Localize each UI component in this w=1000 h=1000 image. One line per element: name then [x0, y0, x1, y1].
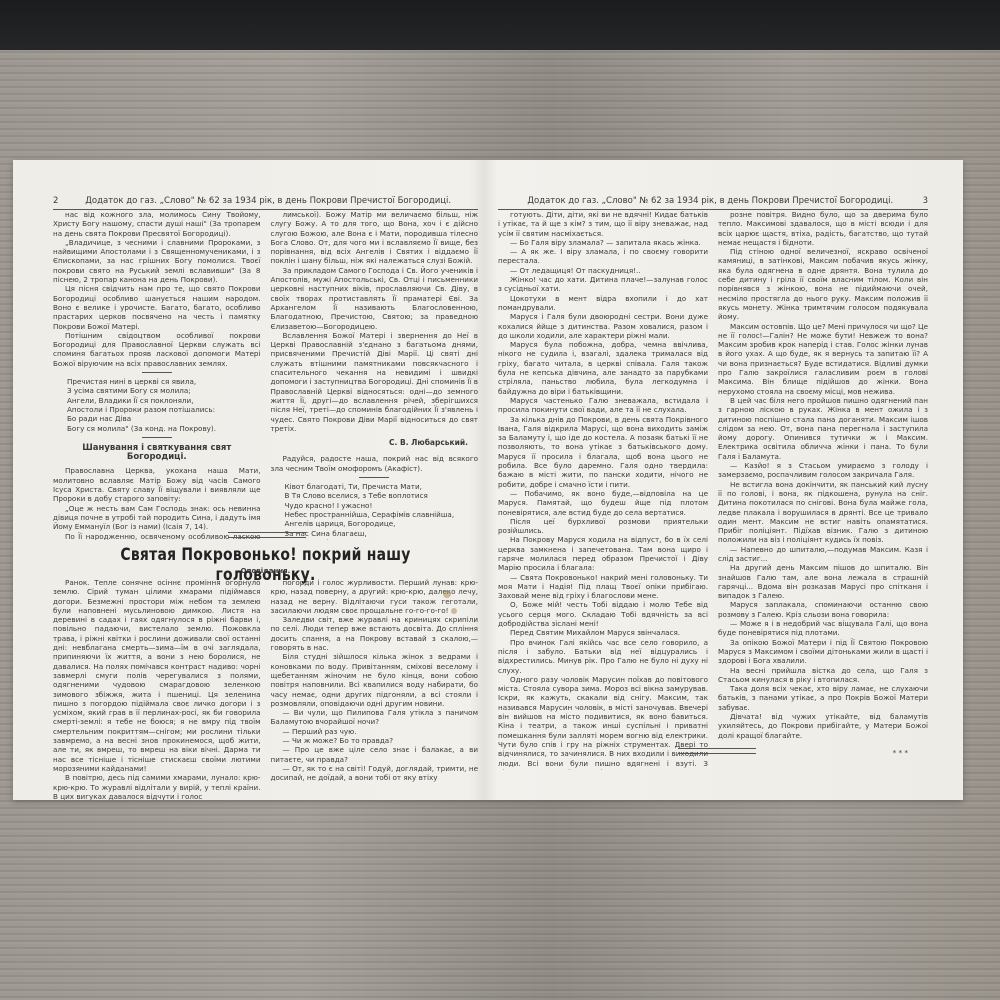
verse-line: Пречистая нині в церкві ся явила,: [67, 377, 261, 386]
story-column-1: Ранок. Тепле сонячне осіннє проміння ого…: [53, 578, 261, 800]
paragraph: — Побачимо, як воно буде,—відповіла на ц…: [498, 489, 708, 517]
verse-block: Пречистая нині в церкві ся явила,З усіма…: [67, 377, 261, 433]
verse-line: Ангелів цариця, Богородице,: [285, 519, 479, 528]
verse-line: Як Мати гнів утоляєш: [285, 538, 479, 540]
paragraph: Вславлення Божої Матері і звернення до Н…: [271, 331, 479, 433]
paragraph: „Оце ж несть вам Сам Господь знак: ось н…: [53, 504, 261, 532]
paragraph: Радуйся, радосте наша, покрий нас від вс…: [271, 454, 479, 473]
paragraph: „Владичице, з чесними і славними Пророка…: [53, 238, 261, 284]
paragraph: — Бо Галя віру зламала? — запитала якась…: [498, 238, 708, 247]
paragraph: Маруся і Галя були двоюродні сестри. Вон…: [498, 312, 708, 340]
page-header: 2 Додаток до газ. „Слово" № 62 за 1934 р…: [53, 192, 478, 210]
right-columns: готують. Діти, діти, які ви не вдячні! К…: [498, 210, 928, 770]
paragraph: лимської). Божу Матір ми величаємо більш…: [271, 210, 479, 266]
paragraph: Ранок. Тепле сонячне осіннє проміння ого…: [53, 578, 261, 773]
paragraph: Дівчата! від чужих утікайте, від баламут…: [718, 712, 928, 740]
paragraph: Маруся була побожна, добра, чемна ввічли…: [498, 340, 708, 396]
paragraph: Максим остовпів. Що це? Мені причулося ч…: [718, 322, 928, 396]
header-title: Додаток до газ. „Слово" № 62 за 1934 рік…: [498, 196, 923, 206]
page-header: Додаток до газ. „Слово" № 62 за 1934 рік…: [498, 192, 928, 210]
story-columns: Ранок. Тепле сонячне осіннє проміння ого…: [53, 578, 478, 800]
paragraph: нас від кожного зла, молимось Сину Твойо…: [53, 210, 261, 238]
paragraph: — Свята Покровонько! накрий мені головон…: [498, 573, 708, 601]
stain: [451, 608, 457, 614]
verse-line: Чудо красно! І ужасно!: [285, 501, 479, 510]
paragraph: готують. Діти, діти, які ви не вдячні! К…: [498, 210, 708, 238]
verse-line: За нас Сина благаєш,: [285, 529, 479, 538]
paragraph: Після цеї бурхливої розмови приятельки р…: [498, 517, 708, 536]
paragraph: — Про це вже ціле село знає і балакає, а…: [271, 745, 479, 764]
paragraph: — Перший раз чую.: [271, 727, 479, 736]
section-separator: [142, 437, 172, 438]
paragraph: — Може я і в недобрий час віщувала Галі,…: [718, 619, 928, 638]
paragraph: — От, як то є на світі! Годуй, доглядай,…: [271, 764, 479, 783]
paragraph: В повітрю, десь під самими хмарами, луна…: [53, 773, 261, 800]
left-page: 2 Додаток до газ. „Слово" № 62 за 1934 р…: [53, 160, 478, 800]
paragraph: На весні прийшла вістка до села, що Галя…: [718, 666, 928, 685]
paragraph: — От ледащиця! От паскудниця!..: [498, 266, 708, 275]
verse-line: Апостоли і Пророки разом потішались:: [67, 405, 261, 414]
paragraph: — Ви чули, що Пилипова Галя утікла з пан…: [271, 708, 479, 727]
paragraph: За прикладом Самого Господа і Св. Його у…: [271, 266, 479, 331]
paragraph: Про вчинок Галі якійсь час все село гово…: [498, 638, 708, 675]
paragraph: Маруся заплакала, споминаючи останню сво…: [718, 600, 928, 619]
paragraph: Жінко! час до хати. Дитина плаче!—залуна…: [498, 275, 708, 294]
double-rule: [678, 748, 756, 754]
paragraph: Біля студні зійшлося кілька жінок з ведр…: [271, 652, 479, 708]
paragraph: — Чи ж може? Бо то правда?: [271, 736, 479, 745]
section-heading: Шанування і святкування свят Богородиці.: [53, 444, 261, 463]
paragraph: Маруся частенько Галю зневажала, встидал…: [498, 396, 708, 415]
paragraph: Під стіною одної величезної, яскраво осв…: [718, 247, 928, 321]
left-column-1: нас від кожного зла, молимось Сину Твойо…: [53, 210, 261, 540]
verse-block: Ківот благодаті, Ти, Пречиста Мати,В Тя …: [285, 482, 479, 540]
newspaper-sheet: 2 Додаток до газ. „Слово" № 62 за 1934 р…: [13, 160, 963, 800]
paragraph: На Покрову Маруся ходила на відпуст, бо …: [498, 535, 708, 572]
story-subtitle: Оповідання.: [53, 567, 478, 575]
upper-columns: нас від кожного зла, молимось Сину Твойо…: [53, 210, 478, 540]
paragraph: Перед Святим Михайлом Маруся звінчалася.: [498, 628, 708, 637]
paragraph: О, Боже мій! честь Тобі віддаю і молю Те…: [498, 600, 708, 628]
verse-line: З усіма святими Богу ся молила;: [67, 386, 261, 395]
page-number: 3: [923, 196, 928, 206]
section-separator: [142, 372, 172, 373]
left-column-2: лимської). Божу Матір ми величаємо більш…: [271, 210, 479, 540]
right-column-2: розне повітря. Видно було, що за дверима…: [718, 210, 928, 770]
paragraph: За опікою Божої Матери і під Її Святою П…: [718, 638, 928, 666]
verse-line: Бо ради нас Діва: [67, 414, 261, 423]
section-separator: [359, 477, 389, 478]
paragraph: розне повітря. Видно було, що за дверима…: [718, 210, 928, 247]
verse-line: В Тя Слово вселися, з Тебе воплотися: [285, 491, 479, 500]
story-column-2: погорди і голос журливости. Перший лунав…: [271, 578, 479, 800]
paragraph: На другий день Максим пішов до шпиталю. …: [718, 563, 928, 600]
paragraph: Одного разу чоловік Марусин поїхав до по…: [498, 675, 708, 770]
paragraph: Потішним свідоцтвом особливої покрови Бо…: [53, 331, 261, 368]
right-column-1: готують. Діти, діти, які ви не вдячні! К…: [498, 210, 708, 770]
paragraph: Цокотухи в мент відра вхопили і до хат п…: [498, 294, 708, 313]
paragraph: В цей час біля него пройшов пишно одягне…: [718, 396, 928, 461]
paragraph: — Напевно до шпиталю,—подумав Максим. Ка…: [718, 545, 928, 564]
header-title: Додаток до газ. „Слово" № 62 за 1934 рік…: [58, 196, 478, 206]
verse-line: Ківот благодаті, Ти, Пречиста Мати,: [285, 482, 479, 491]
paragraph: За кілька днів до Покрови, в день свята …: [498, 415, 708, 489]
paragraph: — Казйо! я з Стасьом умираємо з голоду і…: [718, 461, 928, 480]
double-rule: [228, 532, 306, 538]
stain: [443, 590, 451, 598]
paragraph: Така доля всіх чекає, хто віру ламає, не…: [718, 684, 928, 712]
paragraph: — А як же. І віру зламала, і по своєму г…: [498, 247, 708, 266]
paragraph: Не встигла вона докінчити, як панський к…: [718, 480, 928, 545]
verse-line: Богу ся молила" (За конд. на Покрову).: [67, 424, 261, 433]
paragraph: Православна Церква, укохана наша Мати, м…: [53, 466, 261, 503]
author-signature: С. В. Любарський.: [271, 438, 469, 447]
verse-line: Ангели, Владики Її ся поклоняли,: [67, 396, 261, 405]
verse-line: Небес пространнійша, Серафімів славнійша…: [285, 510, 479, 519]
paragraph: Заледви світ, вже журавлі на криницях ск…: [271, 615, 479, 652]
right-page: Додаток до газ. „Слово" № 62 за 1934 рік…: [498, 160, 928, 800]
paragraph: Ця пісня свідчить нам про те, що свято П…: [53, 284, 261, 330]
dark-wall-background: [0, 0, 1000, 55]
